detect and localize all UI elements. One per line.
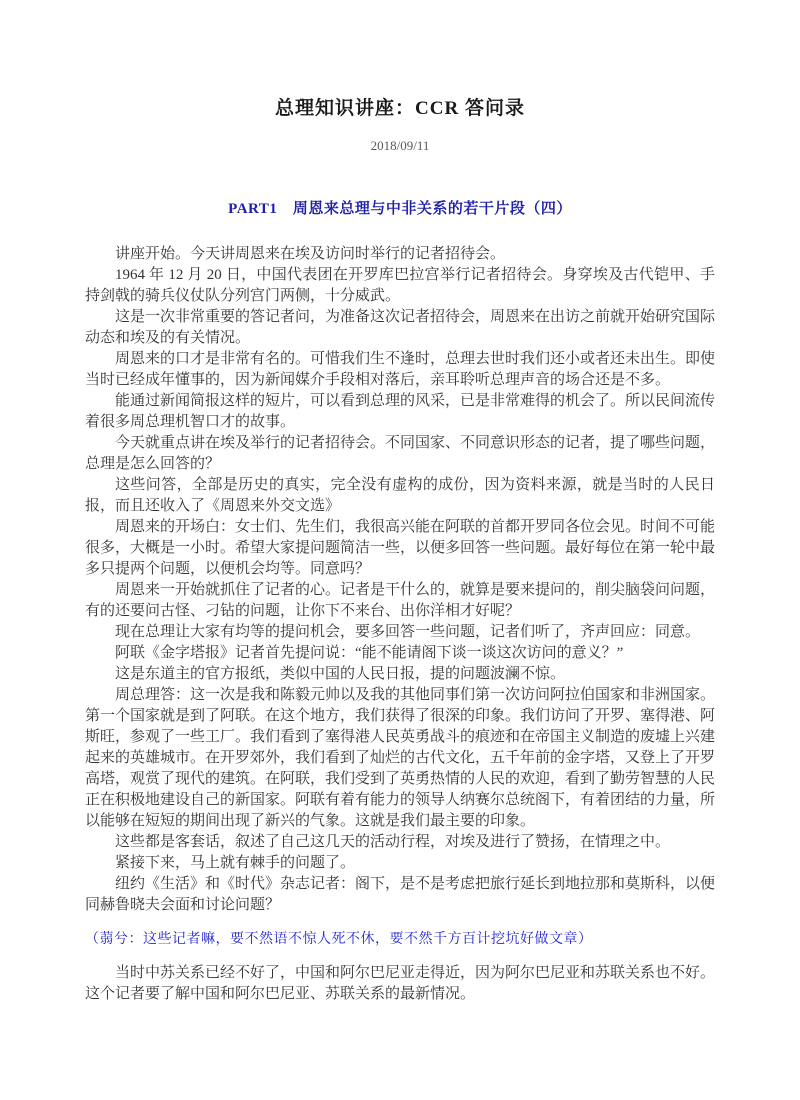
paragraph: 周恩来一开始就抓住了记者的心。记者是干什么的，就算是要来提问的，削尖脑袋问问题，… [85,580,715,622]
annotation-note: （蒻兮：这些记者嘛，要不然语不惊人死不休，要不然千方百计挖坑好做文章） [85,929,715,950]
paragraph: 这是东道主的官方报纸，类似中国的人民日报，提的问题波澜不惊。 [85,664,715,685]
paragraph: 纽约《生活》和《时代》杂志记者：阁下，是不是考虑把旅行延长到地拉那和莫斯科，以便… [85,874,715,916]
part1-section-heading: PART1 周恩来总理与中非关系的若干片段（四） [85,199,715,219]
paragraph: 这些问答，全部是历史的真实，完全没有虚构的成份，因为资料来源，就是当时的人民日报… [85,475,715,517]
paragraph: 现在总理让大家有均等的提问机会，要多回答一些问题，记者们听了，齐声回应：同意。 [85,622,715,643]
paragraph: 1964 年 12 月 20 日，中国代表团在开罗库巴拉宫举行记者招待会。身穿埃… [85,265,715,307]
document-title: 总理知识讲座：CCR 答问录 [85,97,715,121]
paragraph: 周恩来的口才是非常有名的。可惜我们生不逢时，总理去世时我们还小或者还未出生。即使… [85,349,715,391]
paragraph: 讲座开始。今天讲周恩来在埃及访问时举行的记者招待会。 [85,244,715,265]
paragraph: 能通过新闻简报这样的短片，可以看到总理的风采，已是非常难得的机会了。所以民间流传… [85,391,715,433]
paragraph: 周恩来的开场白：女士们、先生们，我很高兴能在阿联的首都开罗同各位会见。时间不可能… [85,517,715,580]
paragraph: 当时中苏关系已经不好了，中国和阿尔巴尼亚走得近，因为阿尔巴尼亚和苏联关系也不好。… [85,963,715,1005]
paragraph: 阿联《金字塔报》记者首先提问说：“能不能请阁下谈一谈这次访问的意义？” [85,643,715,664]
paragraph: 这是一次非常重要的答记者问，为准备这次记者招待会，周恩来在出访之前就开始研究国际… [85,307,715,349]
paragraph: 这些都是客套话，叙述了自己这几天的活动行程，对埃及进行了赞扬，在情理之中。 [85,832,715,853]
document-page: 总理知识讲座：CCR 答问录 2018/09/11 PART1 周恩来总理与中非… [0,0,800,1100]
document-body: 讲座开始。今天讲周恩来在埃及访问时举行的记者招待会。1964 年 12 月 20… [85,244,715,1005]
paragraph: 紧接下来，马上就有棘手的问题了。 [85,853,715,874]
paragraph: 周总理答：这一次是我和陈毅元帅以及我的其他同事们第一次访问阿拉伯国家和非洲国家。… [85,685,715,832]
paragraph: 今天就重点讲在埃及举行的记者招待会。不同国家、不同意识形态的记者，提了哪些问题，… [85,433,715,475]
document-date: 2018/09/11 [85,138,715,154]
